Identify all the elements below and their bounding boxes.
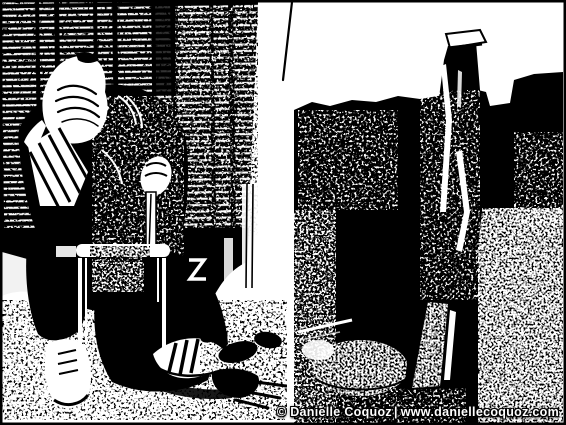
right-photo-label: [0, 0, 1, 1]
left-photo-panel: [2, 2, 288, 423]
right-photo-panel: [294, 2, 563, 423]
watermark: © Danielle Coquoz|www.daniellecoquoz.com: [277, 405, 559, 419]
watermark-separator: |: [394, 405, 398, 419]
collage-artwork: [0, 0, 566, 425]
watermark-copyright: © Danielle Coquoz: [277, 405, 392, 419]
stool-speckle: [92, 262, 144, 292]
photo-collage: © Danielle Coquoz|www.daniellecoquoz.com: [0, 0, 566, 425]
watermark-url: www.daniellecoquoz.com: [401, 405, 559, 419]
